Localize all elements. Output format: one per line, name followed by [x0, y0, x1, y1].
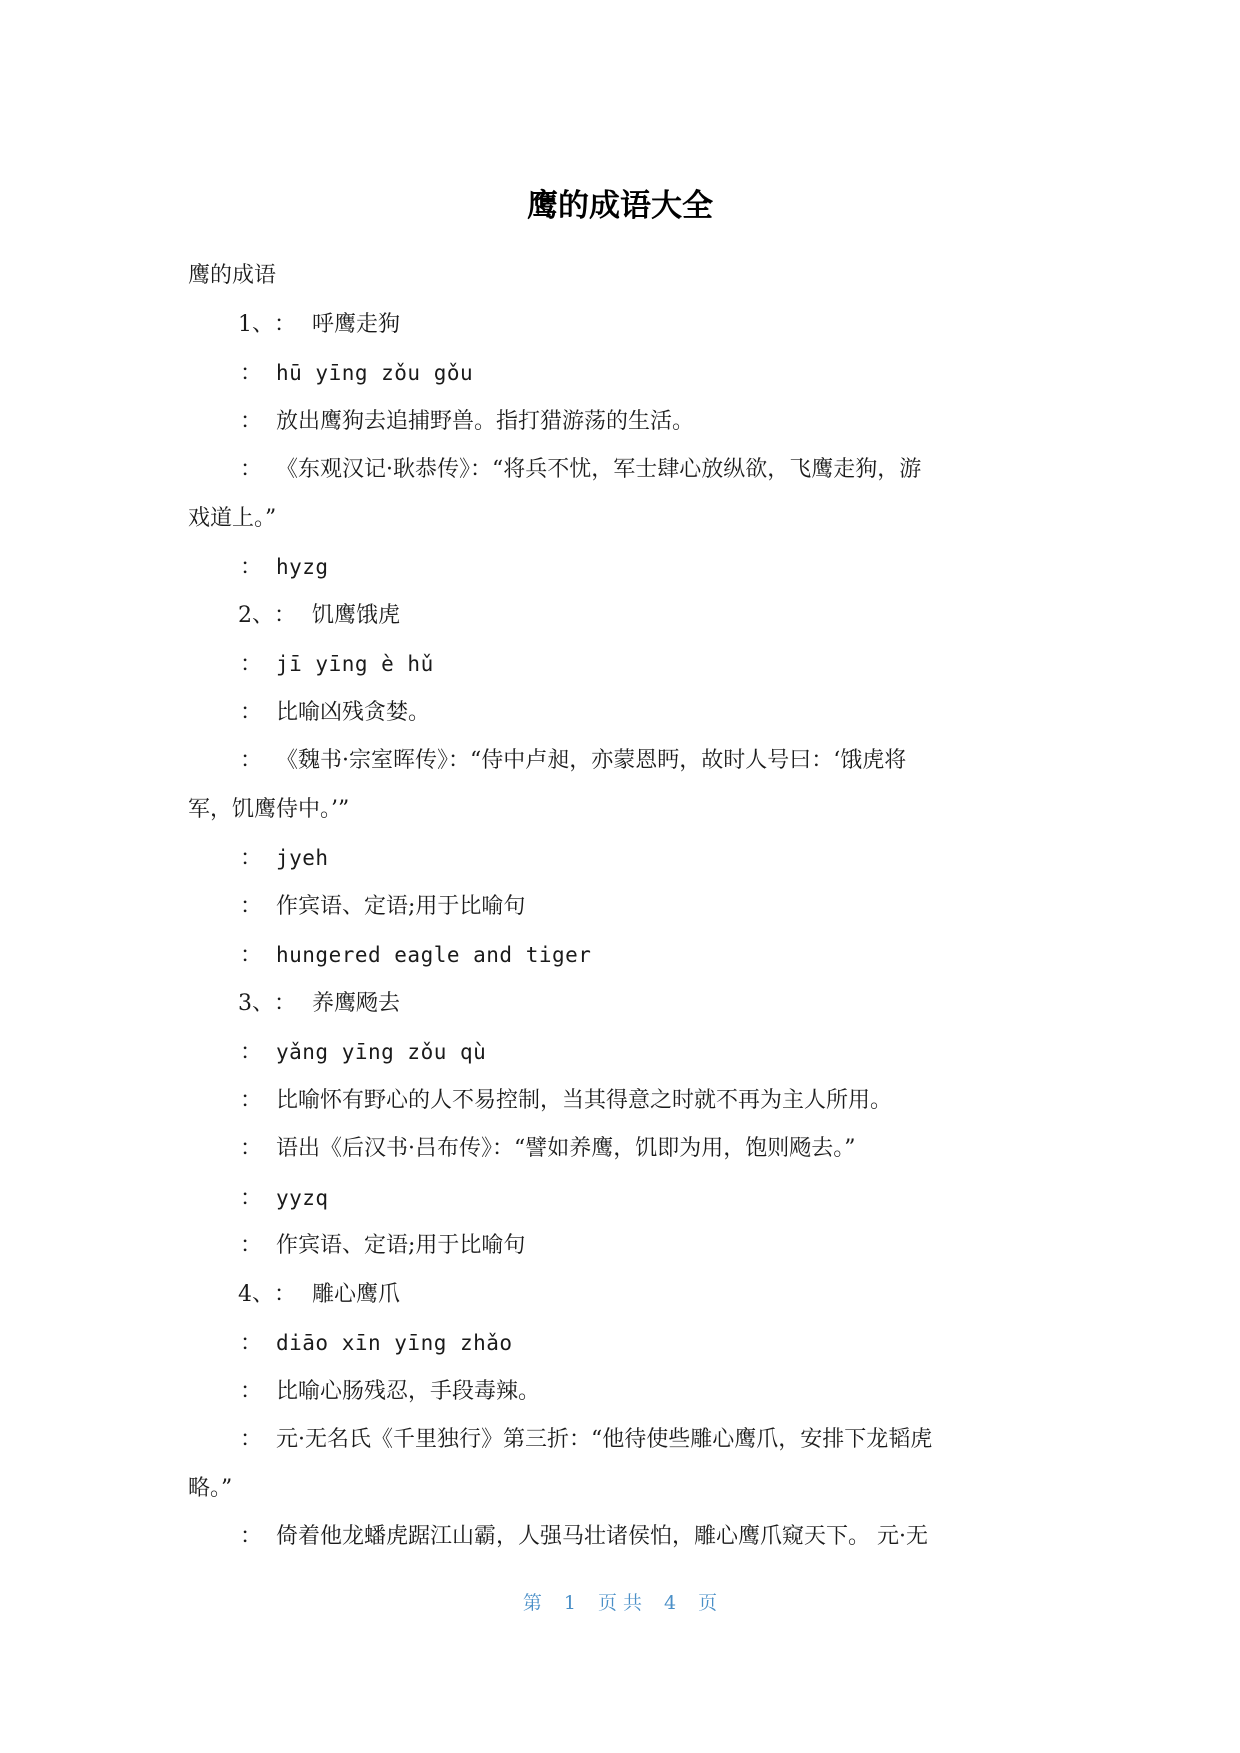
- colon: ：: [240, 1368, 276, 1417]
- abbreviation: jyeh: [276, 846, 329, 870]
- english-translation: hungered eagle and tiger: [276, 943, 591, 967]
- source-line-1: 《东观汉记·耿恭传》：“将兵不忧，军士肆心放纵欲，飞鹰走狗，游: [276, 457, 921, 482]
- entry-2-source-cont: 军，饥鹰侍中。’”: [188, 786, 1050, 835]
- colon: ：: [240, 932, 276, 981]
- entry-2-source: ：《魏书·宗室晖传》：“侍中卢昶，亦蒙恩眄，故时人号曰：‘饿虎将: [188, 737, 1050, 786]
- colon: ：: [240, 1320, 276, 1369]
- colon: ：: [240, 1029, 276, 1078]
- entry-1-source: ：《东观汉记·耿恭传》：“将兵不忧，军士肆心放纵欲，飞鹰走狗，游: [188, 446, 1050, 495]
- entry-2-pinyin: ：jī yīng è hǔ: [188, 640, 1050, 689]
- document-body: 鹰的成语 1、：呼鹰走狗 ：hū yīng zǒu gǒu ：放出鹰狗去追捕野兽…: [188, 252, 1050, 1562]
- meaning: 比喻凶残贪婪。: [276, 700, 430, 725]
- colon: ：: [240, 1077, 276, 1126]
- idiom: 呼鹰走狗: [312, 312, 400, 337]
- entry-3-pinyin: ：yǎng yīng zǒu qù: [188, 1028, 1050, 1077]
- colon: ：: [240, 689, 276, 738]
- usage: 作宾语、定语;用于比喻句: [276, 1233, 525, 1258]
- entry-3-heading: 3、：养鹰飏去: [188, 980, 1050, 1029]
- source-line-1: 元·无名氏《千里独行》第三折：“他待使些雕心鹰爪，安排下龙韬虎: [276, 1427, 932, 1452]
- source: 语出《后汉书·吕布传》：“譬如养鹰，饥即为用，饱则飏去。”: [276, 1136, 856, 1161]
- page-footer: 第1页 共4页: [0, 1588, 1240, 1615]
- colon: ：: [274, 301, 312, 350]
- abbreviation: hyzg: [276, 555, 329, 579]
- pinyin: jī yīng è hǔ: [276, 652, 434, 676]
- total-pages: 4: [664, 1592, 676, 1614]
- footer-prefix: 第: [523, 1588, 542, 1615]
- current-page-number: 1: [564, 1592, 576, 1614]
- colon: ：: [240, 835, 276, 884]
- document-page: 鹰的成语大全 鹰的成语 1、：呼鹰走狗 ：hū yīng zǒu gǒu ：放出…: [0, 0, 1240, 1753]
- idiom: 养鹰飏去: [312, 991, 400, 1016]
- example: 倚着他龙蟠虎踞江山霸，人强马壮诸侯怕，雕心鹰爪窥天下。 元·无: [276, 1524, 928, 1549]
- entry-number: 4、: [238, 1271, 274, 1320]
- entry-2-meaning: ：比喻凶残贪婪。: [188, 689, 1050, 738]
- document-title: 鹰的成语大全: [0, 186, 1240, 226]
- colon: ：: [240, 1416, 276, 1465]
- entry-number: 1、: [238, 301, 274, 350]
- entry-3-abbr: ：yyzq: [188, 1174, 1050, 1223]
- colon: ：: [240, 350, 276, 399]
- colon: ：: [240, 1175, 276, 1224]
- colon: ：: [274, 1271, 312, 1320]
- entry-4-heading: 4、：雕心鹰爪: [188, 1271, 1050, 1320]
- entry-2-english: ：hungered eagle and tiger: [188, 931, 1050, 980]
- footer-suffix: 页: [698, 1588, 717, 1615]
- colon: ：: [240, 1222, 276, 1271]
- colon: ：: [240, 544, 276, 593]
- entry-number: 2、: [238, 592, 274, 641]
- colon: ：: [240, 737, 276, 786]
- entry-1-pinyin: ：hū yīng zǒu gǒu: [188, 349, 1050, 398]
- entry-4-source-cont: 略。”: [188, 1465, 1050, 1514]
- entry-2-abbr: ：jyeh: [188, 834, 1050, 883]
- entry-3-meaning: ：比喻怀有野心的人不易控制，当其得意之时就不再为主人所用。: [188, 1077, 1050, 1126]
- entry-4-source: ：元·无名氏《千里独行》第三折：“他待使些雕心鹰爪，安排下龙韬虎: [188, 1416, 1050, 1465]
- meaning: 放出鹰狗去追捕野兽。指打猎游荡的生活。: [276, 409, 694, 434]
- colon: ：: [274, 592, 312, 641]
- footer-middle: 页 共: [598, 1588, 642, 1615]
- colon: ：: [274, 980, 312, 1029]
- meaning: 比喻怀有野心的人不易控制，当其得意之时就不再为主人所用。: [276, 1088, 892, 1113]
- entry-4-pinyin: ：diāo xīn yīng zhǎo: [188, 1319, 1050, 1368]
- subheading: 鹰的成语: [188, 252, 1050, 301]
- meaning: 比喻心肠残忍，手段毒辣。: [276, 1379, 540, 1404]
- colon: ：: [240, 1125, 276, 1174]
- pinyin: diāo xīn yīng zhǎo: [276, 1331, 513, 1355]
- pinyin: hū yīng zǒu gǒu: [276, 361, 473, 385]
- colon: ：: [240, 446, 276, 495]
- abbreviation: yyzq: [276, 1186, 329, 1210]
- idiom: 饥鹰饿虎: [312, 603, 400, 628]
- entry-4-meaning: ：比喻心肠残忍，手段毒辣。: [188, 1368, 1050, 1417]
- source-line-1: 《魏书·宗室晖传》：“侍中卢昶，亦蒙恩眄，故时人号曰：‘饿虎将: [276, 748, 906, 773]
- entry-2-heading: 2、：饥鹰饿虎: [188, 592, 1050, 641]
- colon: ：: [240, 641, 276, 690]
- usage: 作宾语、定语;用于比喻句: [276, 894, 525, 919]
- colon: ：: [240, 398, 276, 447]
- entry-1-source-cont: 戏道上。”: [188, 495, 1050, 544]
- colon: ：: [240, 1513, 276, 1562]
- entry-1-heading: 1、：呼鹰走狗: [188, 301, 1050, 350]
- entry-1-meaning: ：放出鹰狗去追捕野兽。指打猎游荡的生活。: [188, 398, 1050, 447]
- colon: ：: [240, 883, 276, 932]
- entry-3-usage: ：作宾语、定语;用于比喻句: [188, 1222, 1050, 1271]
- pinyin: yǎng yīng zǒu qù: [276, 1040, 486, 1064]
- entry-3-source: ：语出《后汉书·吕布传》：“譬如养鹰，饥即为用，饱则飏去。”: [188, 1125, 1050, 1174]
- entry-4-example: ：倚着他龙蟠虎踞江山霸，人强马壮诸侯怕，雕心鹰爪窥天下。 元·无: [188, 1513, 1050, 1562]
- entry-2-usage: ：作宾语、定语;用于比喻句: [188, 883, 1050, 932]
- entry-number: 3、: [238, 980, 274, 1029]
- entry-1-abbr: ：hyzg: [188, 543, 1050, 592]
- idiom: 雕心鹰爪: [312, 1282, 400, 1307]
